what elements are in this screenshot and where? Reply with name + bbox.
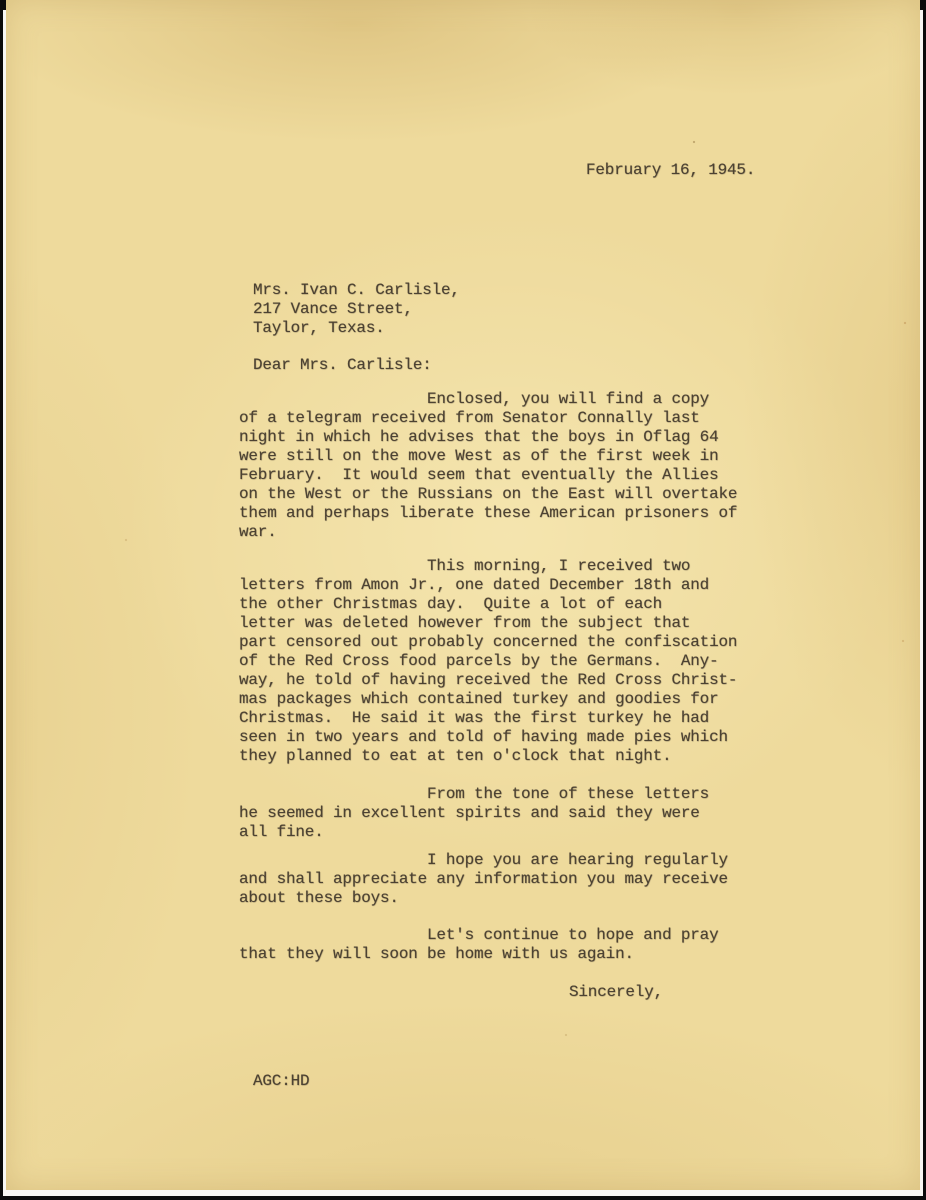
letter-paper: February 16, 1945. Mrs. Ivan C. Carlisle… (6, 0, 920, 1190)
letter-date: February 16, 1945. (586, 161, 755, 180)
body-paragraph-5: Let's continue to hope and pray that the… (239, 926, 718, 964)
salutation: Dear Mrs. Carlisle: (253, 356, 432, 375)
body-paragraph-1: Enclosed, you will find a copy of a tele… (239, 390, 737, 542)
body-paragraph-3: From the tone of these letters he seemed… (239, 785, 709, 842)
typist-initials: AGC:HD (253, 1072, 309, 1091)
body-paragraph-4: I hope you are hearing regularly and sha… (239, 851, 728, 908)
closing: Sincerely, (569, 983, 663, 1002)
recipient-address: Mrs. Ivan C. Carlisle, 217 Vance Street,… (253, 281, 460, 338)
body-paragraph-2: This morning, I received two letters fro… (239, 557, 737, 766)
